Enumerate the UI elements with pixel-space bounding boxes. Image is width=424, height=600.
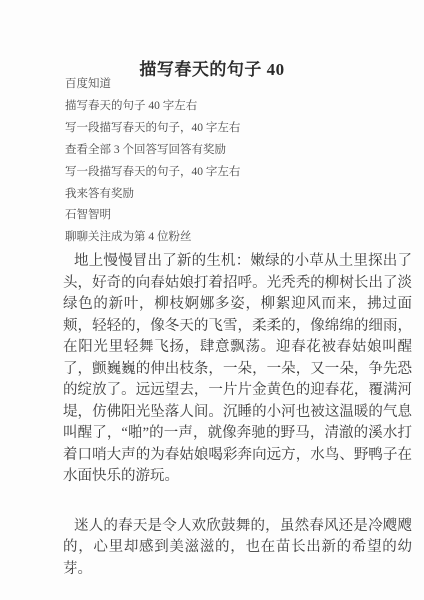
meta-line-follow-fans: 聊聊关注成为第 4 位粉丝 xyxy=(65,227,404,249)
meta-line-source: 百度知道 xyxy=(65,74,404,96)
answer-body: 地上慢慢冒出了新的生机：嫩绿的小草从土里探出了头，好奇的向春姑娘打着招呼。光秃秃… xyxy=(63,251,412,580)
paragraph-spring-conclusion: 迷人的春天是令人欢欣鼓舞的，虽然春风还是冷飕飕的，心里却感到美滋滋的，也在苗长出… xyxy=(63,516,412,581)
meta-line-answer-reward: 我来答有奖励 xyxy=(65,184,404,206)
meta-line-question-repeat: 写一段描写春天的句子，40 字左右 xyxy=(65,162,404,184)
meta-line-question-full: 写一段描写春天的句子，40 字左右 xyxy=(65,118,404,140)
meta-line-username: 石智智明 xyxy=(65,205,404,227)
meta-line-view-answers: 查看全部 3 个回答写回答有奖励 xyxy=(65,140,404,162)
paragraph-spring-description: 地上慢慢冒出了新的生机：嫩绿的小草从土里探出了头，好奇的向春姑娘打着招呼。光秃秃… xyxy=(63,251,412,488)
header-meta: 百度知道 描写春天的句子 40 字左右 写一段描写春天的句子，40 字左右 查看… xyxy=(65,74,404,249)
meta-line-question: 描写春天的句子 40 字左右 xyxy=(65,96,404,118)
document-page: 描写春天的句子 40 百度知道 描写春天的句子 40 字左右 写一段描写春天的句… xyxy=(0,0,424,600)
